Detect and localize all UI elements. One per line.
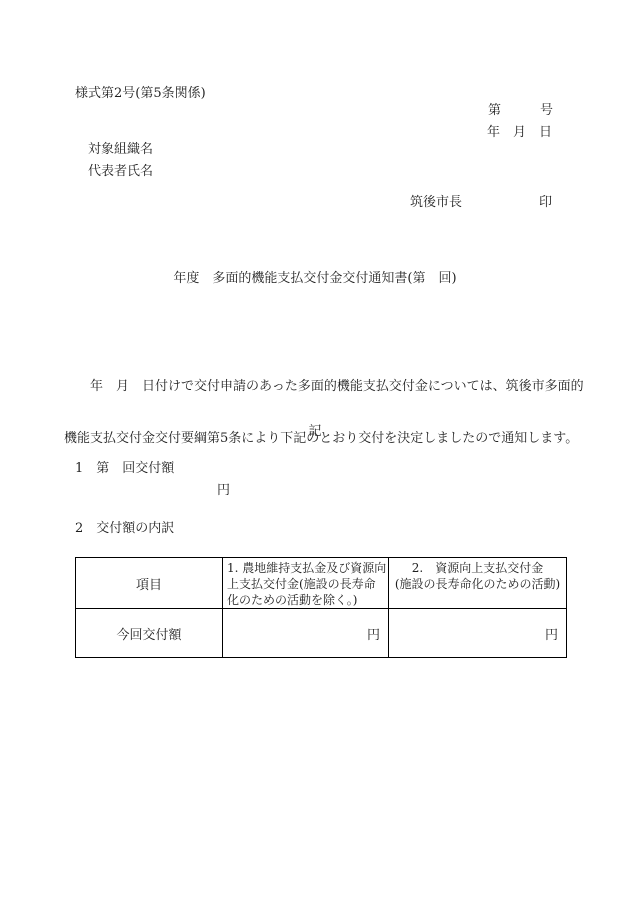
table-header-col1: 1. 農地維持支払金及び資源向 上支払交付金(施設の長寿命 化のための活動を除く…	[223, 558, 389, 609]
form-number: 様式第2号(第5条関係)	[75, 86, 206, 102]
representative-name-label: 代表者氏名	[88, 164, 153, 180]
table-header-col1-line2: 上支払交付金(施設の長寿命	[227, 576, 386, 592]
issuer-name: 筑後市長	[410, 195, 462, 211]
target-organization-label: 対象組織名	[88, 142, 153, 158]
issuer-line: 筑後市長 印	[410, 195, 552, 211]
table-header-row: 項目 1. 農地維持支払金及び資源向 上支払交付金(施設の長寿命 化のための活動…	[76, 558, 567, 609]
seal-mark: 印	[539, 195, 552, 211]
table-header-item: 項目	[76, 558, 223, 609]
document-number-line: 第 号	[488, 103, 553, 119]
breakdown-table: 項目 1. 農地維持支払金及び資源向 上支払交付金(施設の長寿命 化のための活動…	[75, 557, 567, 658]
table-header-col2-line2: (施設の長寿命化のための活動)	[390, 576, 565, 592]
table-row: 今回交付額 円 円	[76, 609, 567, 658]
table-cell-amount-col1: 円	[223, 609, 389, 658]
table-header-col2-line1: 2. 資源向上支払交付金	[390, 560, 565, 576]
body-line-1: 年 月 日付けで交付申請のあった多面的機能支払交付金については、筑後市多面的	[64, 376, 576, 397]
section2-label: 2 交付額の内訳	[75, 521, 174, 537]
section1-amount-unit: 円	[217, 483, 230, 499]
date-line: 年 月 日	[487, 125, 552, 141]
table-header-col1-line3: 化のための活動を除く。)	[227, 592, 386, 608]
table-row-label: 今回交付額	[76, 609, 223, 658]
ki-heading: 記	[0, 424, 630, 440]
section1-label: 1 第 回交付額	[75, 461, 174, 477]
table-header-col2: 2. 資源向上支払交付金 (施設の長寿命化のための活動)	[389, 558, 567, 609]
table-header-col1-line1: 1. 農地維持支払金及び資源向	[227, 560, 386, 576]
document-title: 年度 多面的機能支払交付金交付通知書(第 回)	[0, 271, 630, 287]
table-cell-amount-col2: 円	[389, 609, 567, 658]
